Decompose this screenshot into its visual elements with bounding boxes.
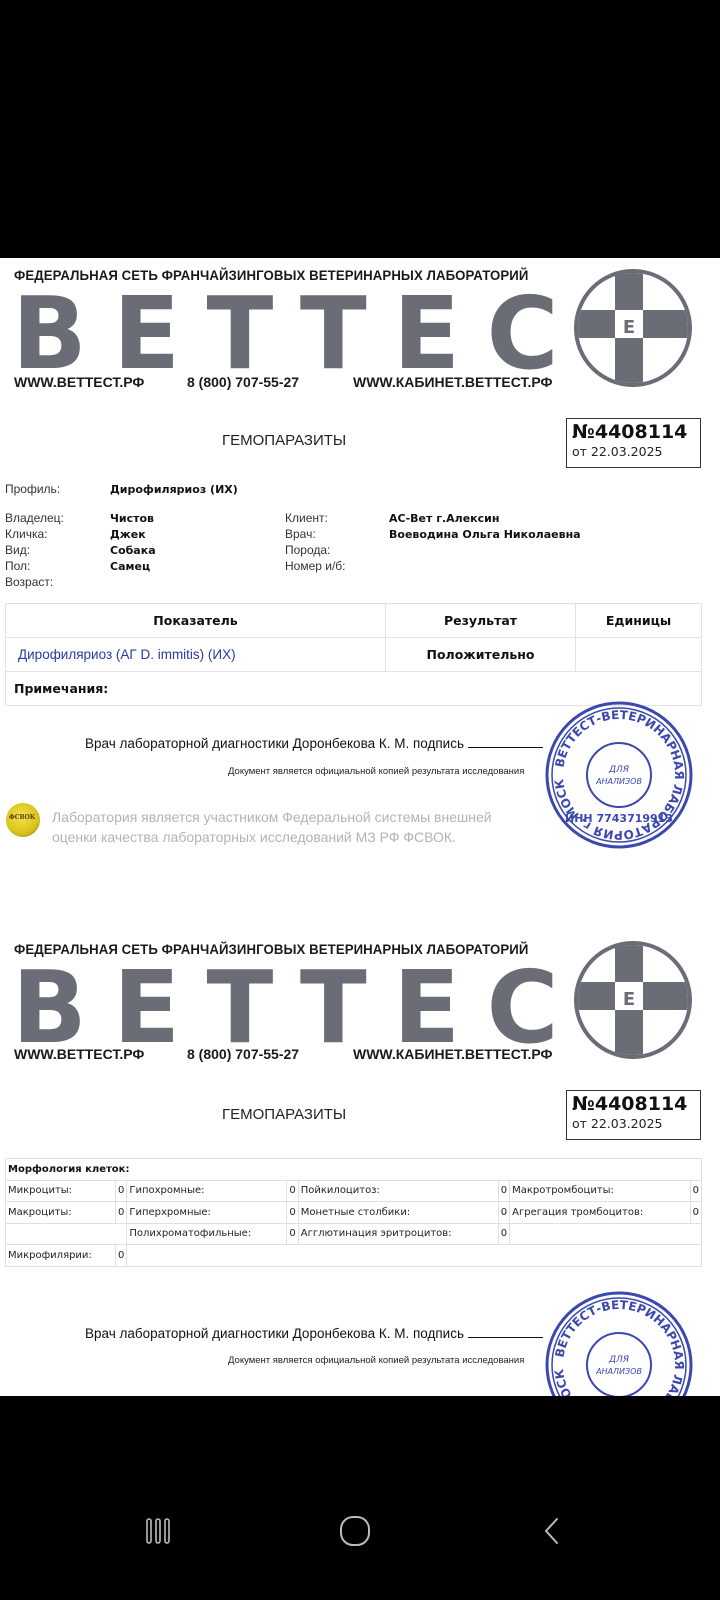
doctor-value: Воеводина Ольга Николаевна [389,528,581,541]
cabinet-link[interactable]: WWW.КАБИНЕТ.ВЕТТЕСТ.РФ [353,374,552,390]
owner-value: Чистов [110,512,154,525]
age-label: Возраст: [5,575,53,589]
profile-value: Дирофиляриоз (ИХ) [110,483,238,496]
result-value: Положительно [386,638,576,672]
system-navigation-bar [0,1396,720,1600]
morphology-header-row: Морфология клеток: [6,1159,702,1181]
website-link[interactable]: WWW.ВЕТТЕСТ.РФ [14,1046,144,1062]
official-copy-note: Документ является официальной копией рез… [228,766,524,777]
morphology-title: Морфология клеток: [6,1159,702,1181]
signature-line: Врач лабораторной диагностики Доронбеков… [85,736,543,751]
sex-value: Самец [110,560,150,573]
breed-label: Порода: [285,543,330,557]
lab-stamp-icon: ВЕТТЕСТ-ВЕТЕРИНАРНАЯ ЛАБОРАТОРИЯ г. МОСК… [544,700,694,850]
report-date: от 22.03.2025 [572,1115,695,1133]
official-copy-note: Документ является официальной копией рез… [228,1355,524,1366]
svg-text:ДЛЯ: ДЛЯ [608,765,629,775]
table-row: Полихроматофильные:0 Агглютинация эритро… [6,1223,702,1245]
cabinet-link[interactable]: WWW.КАБИНЕТ.ВЕТТЕСТ.РФ [353,1046,552,1062]
svg-text:ВЕТТЕСТ-ВЕТЕРИНАРНАЯ ЛАБОРАТОР: ВЕТТЕСТ-ВЕТЕРИНАРНАЯ ЛАБОРАТОРИЯ г. МОСК… [544,1290,686,1396]
signature-text: Врач лабораторной диагностики Доронбеков… [85,736,464,751]
report-page-1: ФЕДЕРАЛЬНАЯ СЕТЬ ФРАНЧАЙЗИНГОВЫХ ВЕТЕРИН… [0,258,720,900]
website-link[interactable]: WWW.ВЕТТЕСТ.РФ [14,374,144,390]
microfilariae-value: 0 [116,1245,127,1267]
result-units [576,638,702,672]
microfilariae-label: Микрофилярии: [6,1245,116,1267]
home-button[interactable] [325,1506,385,1556]
table-row: Микроциты:0 Гипохромные:0 Пойкилоцитоз:0… [6,1180,702,1202]
table-row: Макроциты:0 Гиперхромные:0 Монетные стол… [6,1202,702,1224]
morphology-table: Морфология клеток: Микроциты:0 Гипохромн… [5,1158,702,1267]
nickname-value: Джек [110,528,146,541]
report-number: №4408114 [572,421,695,443]
report-title: ГЕМОПАРАЗИТЫ [222,432,346,449]
nickname-label: Кличка: [5,527,47,541]
emblem-letter: Е [623,317,635,338]
back-icon [540,1516,564,1546]
recent-apps-icon [143,1516,173,1546]
recent-apps-button[interactable] [128,1506,188,1556]
report-title: ГЕМОПАРАЗИТЫ [222,1106,346,1123]
lab-stamp-icon: ВЕТТЕСТ-ВЕТЕРИНАРНАЯ ЛАБОРАТОРИЯ г. МОСК… [544,1290,694,1396]
column-parameter: Показатель [6,604,386,638]
fsvok-logo-icon: ФСВОК [6,803,40,837]
table-row: Микрофилярии: 0 [6,1245,702,1267]
report-number-box: №4408114 от 22.03.2025 [566,1090,701,1140]
case-number-label: Номер и/б: [285,559,346,573]
owner-label: Владелец: [5,511,64,525]
client-label: Клиент: [285,511,328,525]
report-page-2: ФЕДЕРАЛЬНАЯ СЕТЬ ФРАНЧАЙЗИНГОВЫХ ВЕТЕРИН… [0,900,720,1396]
result-parameter[interactable]: Дирофиляриоз (АГ D. immitis) (ИХ) [6,638,386,672]
signature-blank [468,747,543,748]
table-row: Дирофиляриоз (АГ D. immitis) (ИХ) Положи… [6,638,702,672]
results-header-row: Показатель Результат Единицы [6,604,702,638]
brand-emblem-icon: Е [573,268,693,388]
phone-number[interactable]: 8 (800) 707-55-27 [187,1046,299,1062]
client-value: АС-Вет г.Алексин [389,512,499,525]
phone-number[interactable]: 8 (800) 707-55-27 [187,374,299,390]
report-number: №4408114 [572,1093,695,1115]
profile-label: Профиль: [5,482,60,496]
svg-text:АНАЛИЗОВ: АНАЛИЗОВ [595,1367,642,1376]
svg-text:Е: Е [623,989,635,1010]
svg-text:ИНН 7743719913: ИНН 7743719913 [565,812,673,825]
signature-text: Врач лабораторной диагностики Доронбеков… [85,1326,464,1341]
species-value: Собака [110,544,156,557]
results-table: Показатель Результат Единицы Дирофилярио… [5,603,702,706]
column-units: Единицы [576,604,702,638]
home-icon [338,1514,372,1548]
sex-label: Пол: [5,559,30,573]
report-date: от 22.03.2025 [572,443,695,461]
svg-text:АНАЛИЗОВ: АНАЛИЗОВ [595,777,642,786]
svg-text:ДЛЯ: ДЛЯ [608,1355,629,1365]
fsvok-statement: Лаборатория является участником Федераль… [52,807,492,847]
report-number-box: №4408114 от 22.03.2025 [566,418,701,468]
signature-blank [468,1337,543,1338]
brand-emblem-icon: Е [573,940,693,1060]
signature-line: Врач лабораторной диагностики Доронбеков… [85,1326,543,1341]
doctor-label: Врач: [285,527,316,541]
species-label: Вид: [5,543,30,557]
column-result: Результат [386,604,576,638]
back-button[interactable] [522,1506,582,1556]
